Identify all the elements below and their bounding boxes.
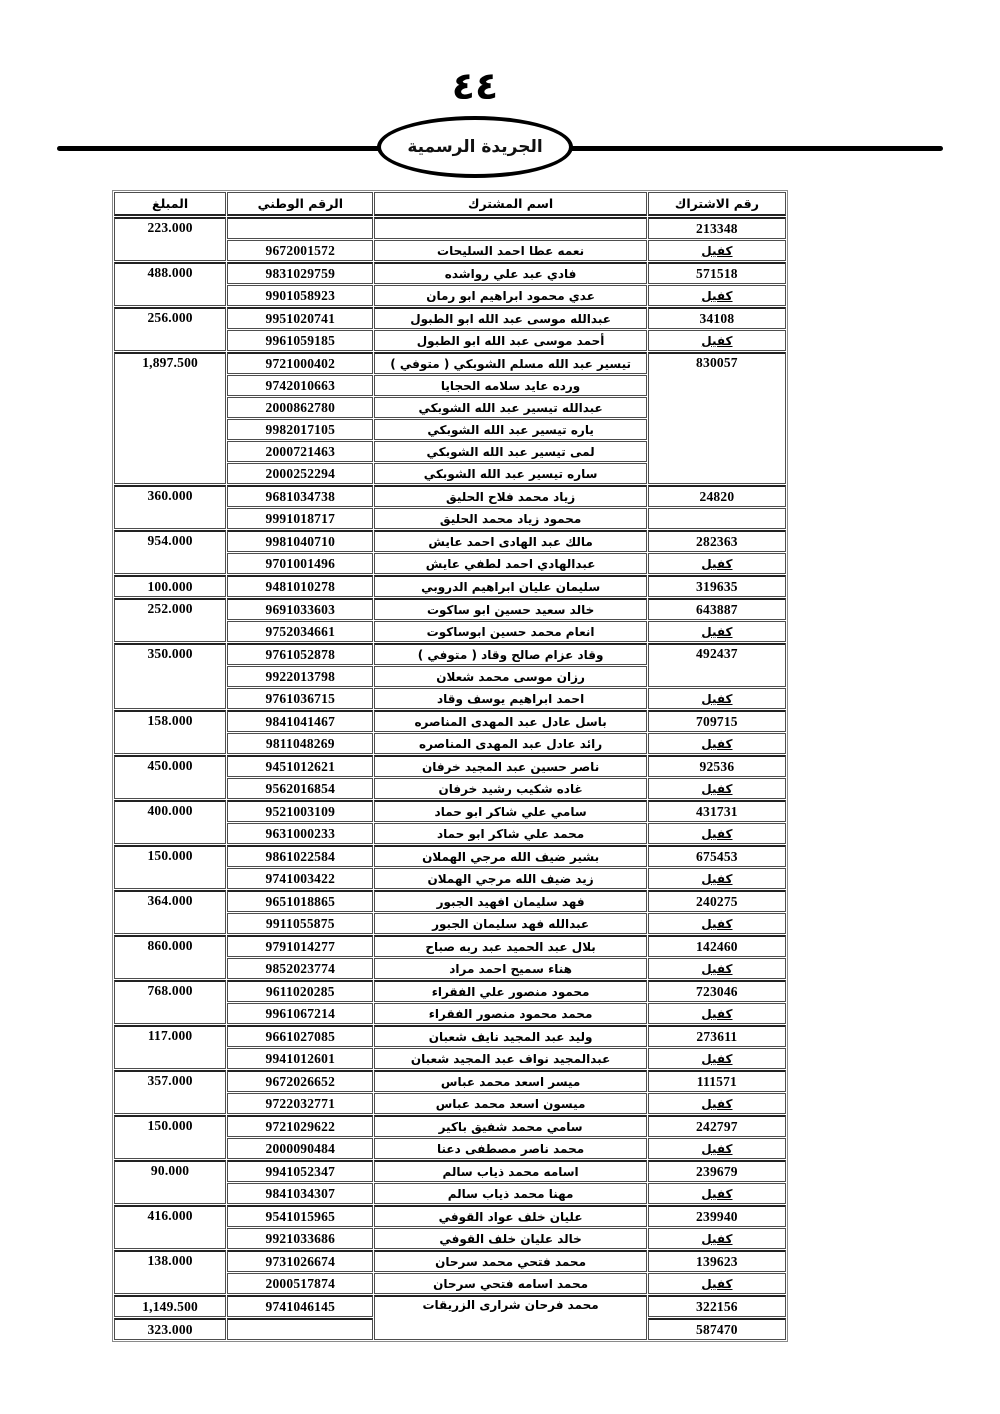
amount-cell: 100.000 <box>114 575 226 597</box>
table-row: 92536ناصر حسين عبد المجيد خرفان945101262… <box>114 755 786 777</box>
table-row: 34108عبدالله موسى عبد الله ابو الطبول995… <box>114 307 786 329</box>
subscriber-name-cell: بشير ضيف الله مرجي الهملان <box>374 845 646 867</box>
subscriber-name-cell: غاده شكيب رشيد خرفان <box>374 778 646 799</box>
national-id-cell <box>227 1318 373 1340</box>
national-id-cell: 2000721463 <box>227 441 373 462</box>
subscription-number-cell: 675453 <box>648 845 786 867</box>
kafeel-cell: كفيل <box>648 1003 786 1024</box>
subscriber-name-cell: خالد سعيد حسين ابو ساكوت <box>374 598 646 620</box>
subscriber-name-cell: تيسير عبد الله مسلم الشوبكي ( متوفي ) <box>374 352 646 374</box>
national-id-cell: 9761052878 <box>227 643 373 665</box>
subscriber-name-cell: وقاد عزام صالح وقاد ( متوفي ) <box>374 643 646 665</box>
amount-cell: 323.000 <box>114 1318 226 1340</box>
subscriber-name-cell: فادي عبد علي رواشده <box>374 262 646 284</box>
table-row: 242797سامي محمد شفيق باكير9721029622150.… <box>114 1115 786 1137</box>
subscription-number-cell: 111571 <box>648 1070 786 1092</box>
kafeel-cell: كفيل <box>648 958 786 979</box>
amount-cell: 1,897.500 <box>114 352 226 484</box>
column-header-national-id: الرقم الوطني <box>227 192 373 216</box>
amount-cell: 364.000 <box>114 890 226 934</box>
subscription-number-cell: 431731 <box>648 800 786 822</box>
subscription-number-cell: 240275 <box>648 890 786 912</box>
subscription-number-cell: 92536 <box>648 755 786 777</box>
kafeel-cell: كفيل <box>648 1093 786 1114</box>
national-id-cell: 9861022584 <box>227 845 373 867</box>
subscriber-name-cell: زيد ضيف الله مرجي الهملان <box>374 868 646 889</box>
subscriber-name-cell: نعمه عطا احمد السليحات <box>374 240 646 261</box>
table-row: 213348 223.000 <box>114 217 786 239</box>
table-row: 709715باسل عادل عبد المهدى المناصره98410… <box>114 710 786 732</box>
national-id-cell: 9721029622 <box>227 1115 373 1137</box>
subscriber-name-cell <box>374 217 646 239</box>
subscriber-name-cell: احمد ابراهيم يوسف وقاد <box>374 688 646 709</box>
national-id-cell: 9481010278 <box>227 575 373 597</box>
subscription-number-cell: 709715 <box>648 710 786 732</box>
national-id-cell: 9521003109 <box>227 800 373 822</box>
national-id-cell: 9721000402 <box>227 352 373 374</box>
page-number: ٤٤ <box>375 64 575 108</box>
amount-cell: 860.000 <box>114 935 226 979</box>
national-id-cell: 2000090484 <box>227 1138 373 1159</box>
subscription-number-cell: 319635 <box>648 575 786 597</box>
table-row: 273611وليد عبد المجيد نايف شعبان96610270… <box>114 1025 786 1047</box>
subscriber-name-cell: زياد محمد فلاح الحليق <box>374 485 646 507</box>
subscriber-name-cell: باسل عادل عبد المهدى المناصره <box>374 710 646 732</box>
national-id-cell: 9562016854 <box>227 778 373 799</box>
national-id-cell: 9982017105 <box>227 419 373 440</box>
national-id-cell <box>227 217 373 239</box>
subscriber-name-cell: أحمد موسى عبد الله ابو الطبول <box>374 330 646 351</box>
amount-cell: 768.000 <box>114 980 226 1024</box>
table-row: 643887خالد سعيد حسين ابو ساكوت9691033603… <box>114 598 786 620</box>
subscription-number-cell: 239940 <box>648 1205 786 1227</box>
subscriber-name-cell: عليان خلف عواد القوفي <box>374 1205 646 1227</box>
gazette-title: الجريدة الرسمية <box>407 137 542 157</box>
kafeel-cell: كفيل <box>648 913 786 934</box>
national-id-cell: 9951020741 <box>227 307 373 329</box>
amount-cell: 223.000 <box>114 217 226 261</box>
table-row: 492437وقاد عزام صالح وقاد ( متوفي )97610… <box>114 643 786 665</box>
national-id-cell: 9742010663 <box>227 375 373 396</box>
kafeel-cell: كفيل <box>648 1048 786 1069</box>
subscribers-table: رقم الاشتراك اسم المشترك الرقم الوطني ال… <box>112 190 788 1342</box>
subscriber-name-cell: ناصر حسين عبد المجيد خرفان <box>374 755 646 777</box>
subscription-number-cell: 587470 <box>648 1318 786 1340</box>
national-id-cell: 9681034738 <box>227 485 373 507</box>
subscriber-name-cell: عبدالله فهد سليمان الجبور <box>374 913 646 934</box>
amount-cell: 416.000 <box>114 1205 226 1249</box>
amount-cell: 158.000 <box>114 710 226 754</box>
table-row: 830057تيسير عبد الله مسلم الشوبكي ( متوف… <box>114 352 786 374</box>
national-id-cell: 9991018717 <box>227 508 373 529</box>
national-id-cell: 9541015965 <box>227 1205 373 1227</box>
national-id-cell: 9611020285 <box>227 980 373 1002</box>
subscriber-name-cell: ورده عايد سلامه الحجايا <box>374 375 646 396</box>
subscriber-name-cell: مالك عبد الهادى احمد عايش <box>374 530 646 552</box>
subscriber-name-cell: محمد ناصر مصطفى دعنا <box>374 1138 646 1159</box>
amount-cell: 252.000 <box>114 598 226 642</box>
subscriber-name-cell: ميسر اسعد محمد عباس <box>374 1070 646 1092</box>
kafeel-cell: كفيل <box>648 1228 786 1249</box>
kafeel-cell: كفيل <box>648 621 786 642</box>
subscription-number-cell: 142460 <box>648 935 786 957</box>
subscriber-name-cell: رائد عادل عبد المهدى المناصره <box>374 733 646 754</box>
national-id-cell: 9841041467 <box>227 710 373 732</box>
subscriber-name-cell: محمد اسامه فتحي سرحان <box>374 1273 646 1294</box>
amount-cell: 90.000 <box>114 1160 226 1204</box>
amount-cell: 357.000 <box>114 1070 226 1114</box>
national-id-cell: 9831029759 <box>227 262 373 284</box>
subscriber-name-cell: سامي محمد شفيق باكير <box>374 1115 646 1137</box>
amount-cell: 488.000 <box>114 262 226 306</box>
subscriber-name-cell: محمد علي شاكر ابو حماد <box>374 823 646 844</box>
subscriber-name-cell: خالد عليان خلف القوفي <box>374 1228 646 1249</box>
kafeel-cell: كفيل <box>648 240 786 261</box>
kafeel-cell: كفيل <box>648 285 786 306</box>
kafeel-cell: كفيل <box>648 1138 786 1159</box>
table-row: 139623محمد فتحي محمد سرحان9731026674138.… <box>114 1250 786 1272</box>
national-id-cell: 9941012601 <box>227 1048 373 1069</box>
subscriber-name-cell: انعام محمد حسين ابوساكوت <box>374 621 646 642</box>
page: { "page": { "number_label": "٤٤", "gazet… <box>0 0 1000 1414</box>
column-header-subscriber-name: اسم المشترك <box>374 192 646 216</box>
national-id-cell: 9722032771 <box>227 1093 373 1114</box>
amount-cell: 150.000 <box>114 1115 226 1159</box>
national-id-cell: 9761036715 <box>227 688 373 709</box>
kafeel-cell: كفيل <box>648 868 786 889</box>
kafeel-cell: كفيل <box>648 330 786 351</box>
table-row: 240275فهد سليمان افهيد الجبور96510188653… <box>114 890 786 912</box>
kafeel-cell: كفيل <box>648 553 786 574</box>
table-row: 675453بشير ضيف الله مرجي الهملان98610225… <box>114 845 786 867</box>
subscriber-name-cell: محمد محمود منصور الفقراء <box>374 1003 646 1024</box>
national-id-cell: 9672001572 <box>227 240 373 261</box>
subscription-number-cell: 213348 <box>648 217 786 239</box>
national-id-cell: 9811048269 <box>227 733 373 754</box>
subscriber-name-cell: عدي محمود ابراهيم ابو رمان <box>374 285 646 306</box>
subscriber-name-cell: عبدالله موسى عبد الله ابو الطبول <box>374 307 646 329</box>
kafeel-cell: كفيل <box>648 1183 786 1204</box>
subscriber-name-cell: محمود منصور علي الفقراء <box>374 980 646 1002</box>
national-id-cell: 9672026652 <box>227 1070 373 1092</box>
subscriber-name-cell: هناء سميح احمد مراد <box>374 958 646 979</box>
table-row: 322156محمد فرحان شرارى الزريقات974104614… <box>114 1295 786 1317</box>
subscriber-name-cell: محمد فرحان شرارى الزريقات <box>374 1295 646 1340</box>
amount-cell: 138.000 <box>114 1250 226 1294</box>
amount-cell: 954.000 <box>114 530 226 574</box>
table-row: 723046محمود منصور علي الفقراء96110202857… <box>114 980 786 1002</box>
table-row: 282363مالك عبد الهادى احمد عايش998104071… <box>114 530 786 552</box>
amount-cell: 350.000 <box>114 643 226 709</box>
amount-cell: 400.000 <box>114 800 226 844</box>
national-id-cell: 9901058923 <box>227 285 373 306</box>
national-id-cell: 9661027085 <box>227 1025 373 1047</box>
national-id-cell: 9741003422 <box>227 868 373 889</box>
subscriber-name-cell: عبدالله تيسير عبد الله الشوبكي <box>374 397 646 418</box>
subscriber-name-cell: بلال عبد الحميد عبد ربه صباح <box>374 935 646 957</box>
subscription-number-cell: 139623 <box>648 1250 786 1272</box>
national-id-cell: 9841034307 <box>227 1183 373 1204</box>
subscriber-name-cell: سامي علي شاكر ابو حماد <box>374 800 646 822</box>
subscriber-name-cell: عبدالهادي احمد لطفي عايش <box>374 553 646 574</box>
national-id-cell: 2000862780 <box>227 397 373 418</box>
subscription-number-cell: 643887 <box>648 598 786 620</box>
kafeel-cell: كفيل <box>648 688 786 709</box>
national-id-cell: 2000252294 <box>227 463 373 484</box>
national-id-cell: 9631000233 <box>227 823 373 844</box>
national-id-cell: 9921033686 <box>227 1228 373 1249</box>
subscriber-name-cell: عبدالمجيد نواف عبد المجيد شعبان <box>374 1048 646 1069</box>
national-id-cell: 9791014277 <box>227 935 373 957</box>
amount-cell: 117.000 <box>114 1025 226 1069</box>
subscriber-name-cell: اسامه محمد ذياب سالم <box>374 1160 646 1182</box>
national-id-cell: 9701001496 <box>227 553 373 574</box>
subscription-number-cell: 282363 <box>648 530 786 552</box>
table-row: 24820زياد محمد فلاح الحليق9681034738360.… <box>114 485 786 507</box>
subscription-number-cell: 24820 <box>648 485 786 507</box>
amount-cell: 1,149.500 <box>114 1295 226 1317</box>
national-id-cell: 9911055875 <box>227 913 373 934</box>
subscriber-name-cell: وليد عبد المجيد نايف شعبان <box>374 1025 646 1047</box>
subscription-number-cell <box>648 508 786 529</box>
national-id-cell: 9651018865 <box>227 890 373 912</box>
national-id-cell: 9691033603 <box>227 598 373 620</box>
table-row: 319635سليمان عليان ابراهيم الدروبي948101… <box>114 575 786 597</box>
subscription-number-cell: 571518 <box>648 262 786 284</box>
subscriber-name-cell: سليمان عليان ابراهيم الدروبي <box>374 575 646 597</box>
national-id-cell: 9961059185 <box>227 330 373 351</box>
table-row: 142460بلال عبد الحميد عبد ربه صباح979101… <box>114 935 786 957</box>
table-row: 571518فادي عبد علي رواشده9831029759488.0… <box>114 262 786 284</box>
amount-cell: 450.000 <box>114 755 226 799</box>
subscriber-name-cell: مهنا محمد ذياب سالم <box>374 1183 646 1204</box>
subscriber-name-cell: ساره تيسير عبد الله الشوبكي <box>374 463 646 484</box>
kafeel-cell: كفيل <box>648 733 786 754</box>
subscription-number-cell: 322156 <box>648 1295 786 1317</box>
subscription-number-cell: 830057 <box>648 352 786 484</box>
table-row: 239679اسامه محمد ذياب سالم994105234790.0… <box>114 1160 786 1182</box>
table-row: 239940عليان خلف عواد القوفي9541015965416… <box>114 1205 786 1227</box>
table-row: 431731سامي علي شاكر ابو حماد952100310940… <box>114 800 786 822</box>
national-id-cell: 9451012621 <box>227 755 373 777</box>
amount-cell: 360.000 <box>114 485 226 529</box>
subscription-number-cell: 723046 <box>648 980 786 1002</box>
subscriber-name-cell: ياره تيسير عبد الله الشوبكي <box>374 419 646 440</box>
national-id-cell: 9752034661 <box>227 621 373 642</box>
kafeel-cell: كفيل <box>648 778 786 799</box>
column-header-amount: المبلغ <box>114 192 226 216</box>
subscriber-name-cell: ميسون اسعد محمد عباس <box>374 1093 646 1114</box>
national-id-cell: 9731026674 <box>227 1250 373 1272</box>
table-row: 111571ميسر اسعد محمد عباس9672026652357.0… <box>114 1070 786 1092</box>
subscription-number-cell: 239679 <box>648 1160 786 1182</box>
subscriber-name-cell: محمد فتحي محمد سرحان <box>374 1250 646 1272</box>
national-id-cell: 2000517874 <box>227 1273 373 1294</box>
column-header-subscription-number: رقم الاشتراك <box>648 192 786 216</box>
national-id-cell: 9741046145 <box>227 1295 373 1317</box>
subscriber-name-cell: محمود زياد محمد الحليق <box>374 508 646 529</box>
kafeel-cell: كفيل <box>648 1273 786 1294</box>
subscriber-name-cell: رزان موسى محمد شعلان <box>374 666 646 687</box>
table-header-row: رقم الاشتراك اسم المشترك الرقم الوطني ال… <box>114 192 786 216</box>
subscribers-table-wrap: رقم الاشتراك اسم المشترك الرقم الوطني ال… <box>112 190 788 1342</box>
amount-cell: 256.000 <box>114 307 226 351</box>
national-id-cell: 9922013798 <box>227 666 373 687</box>
national-id-cell: 9961067214 <box>227 1003 373 1024</box>
subscription-number-cell: 273611 <box>648 1025 786 1047</box>
subscription-number-cell: 492437 <box>648 643 786 687</box>
table-body: 213348 223.000كفيلنعمه عطا احمد السليحات… <box>114 217 786 1340</box>
amount-cell: 150.000 <box>114 845 226 889</box>
subscription-number-cell: 34108 <box>648 307 786 329</box>
kafeel-cell: كفيل <box>648 823 786 844</box>
subscriber-name-cell: لمى تيسير عبد الله الشوبكي <box>374 441 646 462</box>
gazette-seal: الجريدة الرسمية <box>377 116 573 178</box>
subscription-number-cell: 242797 <box>648 1115 786 1137</box>
national-id-cell: 9981040710 <box>227 530 373 552</box>
subscriber-name-cell: فهد سليمان افهيد الجبور <box>374 890 646 912</box>
national-id-cell: 9852023774 <box>227 958 373 979</box>
national-id-cell: 9941052347 <box>227 1160 373 1182</box>
